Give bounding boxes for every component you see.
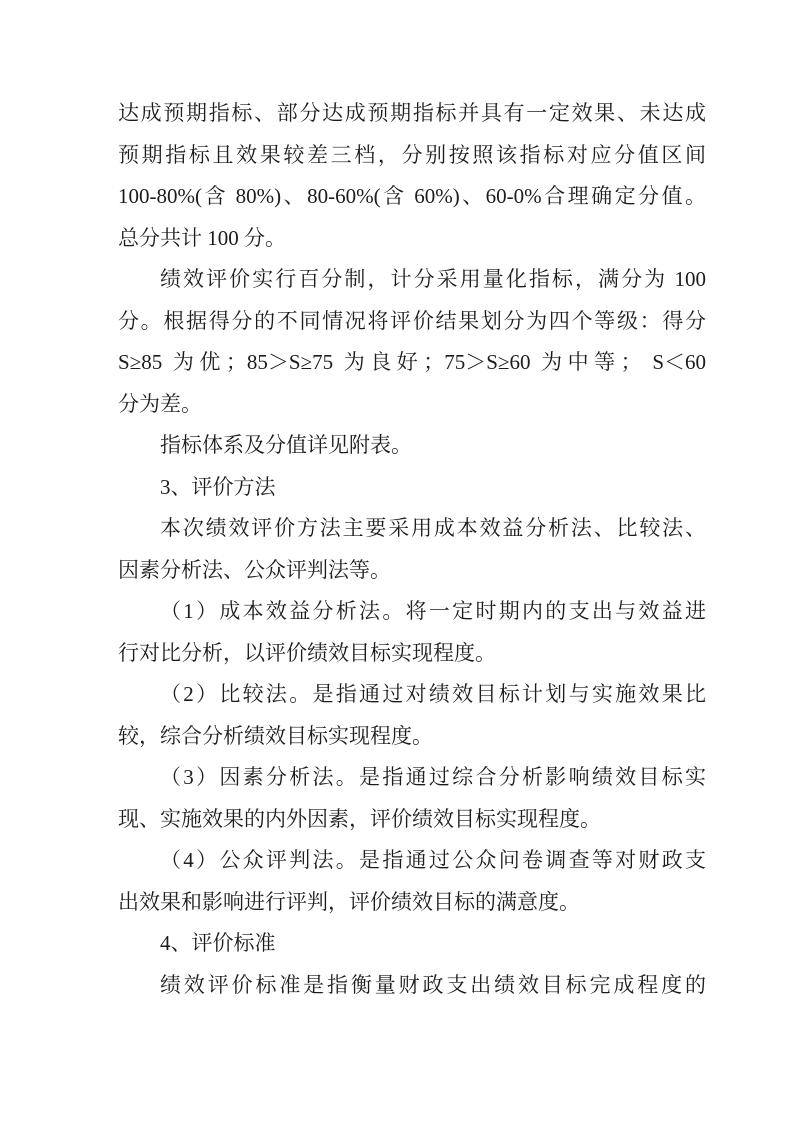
text-line: 现、实施效果的内外因素，评价绩效目标实现程度。 xyxy=(118,799,706,841)
text-line: 分为差。 xyxy=(118,384,706,426)
text-line: 3、评价方法 xyxy=(118,467,706,509)
text-line: 100-80%(含 80%)、80-60%(含 60%)、60-0%合理确定分值… xyxy=(118,176,706,218)
text-line: 本次绩效评价方法主要采用成本效益分析法、比较法、 xyxy=(118,508,706,550)
text-line: （3）因素分析法。是指通过综合分析影响绩效目标实 xyxy=(118,757,706,799)
text-line: （4）公众评判法。是指通过公众问卷调查等对财政支 xyxy=(118,840,706,882)
text-line: 绩效评价标准是指衡量财政支出绩效目标完成程度的 xyxy=(118,965,706,1007)
text-line: 达成预期指标、部分达成预期指标并具有一定效果、未达成 xyxy=(118,93,706,135)
text-line: 出效果和影响进行评判，评价绩效目标的满意度。 xyxy=(118,882,706,924)
text-line: 行对比分析，以评价绩效目标实现程度。 xyxy=(118,633,706,675)
document-body: 达成预期指标、部分达成预期指标并具有一定效果、未达成 预期指标且效果较差三档，分… xyxy=(118,93,706,1006)
text-line: 较，综合分析绩效目标实现程度。 xyxy=(118,716,706,758)
document-page: 达成预期指标、部分达成预期指标并具有一定效果、未达成 预期指标且效果较差三档，分… xyxy=(0,0,793,1122)
text-line: 总分共计 100 分。 xyxy=(118,218,706,260)
text-line: （1）成本效益分析法。将一定时期内的支出与效益进 xyxy=(118,591,706,633)
text-line: 预期指标且效果较差三档，分别按照该指标对应分值区间 xyxy=(118,135,706,177)
text-line: 4、评价标准 xyxy=(118,923,706,965)
text-line: 指标体系及分值详见附表。 xyxy=(118,425,706,467)
text-line: 因素分析法、公众评判法等。 xyxy=(118,550,706,592)
text-line: （2）比较法。是指通过对绩效目标计划与实施效果比 xyxy=(118,674,706,716)
text-line: S≥85 为优；85＞S≥75 为良好；75＞S≥60 为中等； S＜60 xyxy=(118,342,706,384)
text-line: 分。根据得分的不同情况将评价结果划分为四个等级：得分 xyxy=(118,301,706,343)
text-line: 绩效评价实行百分制，计分采用量化指标，满分为 100 xyxy=(118,259,706,301)
